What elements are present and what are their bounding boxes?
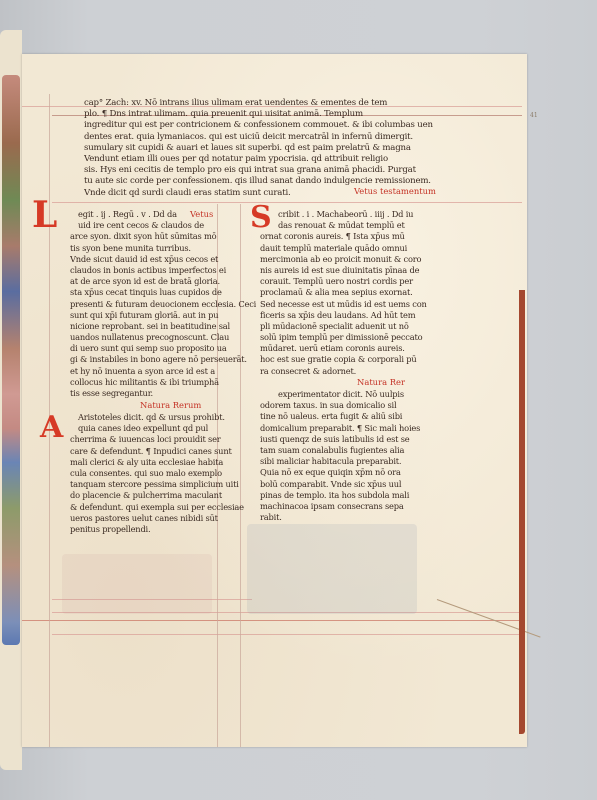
text-line: mercimonia ab eo proicit monuit & coro (260, 254, 427, 265)
text-line: ueros pastores uelut canes nibidi sūt (70, 513, 244, 524)
initial-A: A (40, 410, 63, 445)
text-line: presenti & futuram deuocionem ecclesia. … (70, 299, 256, 310)
text-line: tine nō ualeus. erta fugit & aliū sibi (260, 411, 420, 422)
text-line: nicione reprobant. sei in beatitudine sa… (70, 321, 256, 332)
ruling-line (22, 620, 522, 621)
text-line: plo. ¶ Dns intrat ulimam. quia preuenit … (84, 109, 433, 120)
text-line: das renouat & mūdat templū et (260, 220, 427, 231)
stain (62, 554, 212, 614)
illuminated-border (2, 75, 20, 645)
text-line: sta xp̄us cecat tinquis luas cupidos de (70, 287, 256, 298)
text-line: ra consecret & adornet. (260, 366, 427, 377)
text-line: sumulary sit cupidi & auari et laues sit… (84, 143, 433, 154)
erased-area (247, 524, 417, 614)
text-line: tis syon bene munita turribus. (70, 243, 256, 254)
text-line: arce syon. dixit syon hūt sūmitas mō (70, 231, 256, 242)
text-line: odorem taxus. in sua domicalio sil (260, 400, 420, 411)
manuscript-page: 41 cap° Zach: xv. Nō intrans ilius ulima… (22, 54, 527, 747)
text-line: care & defendunt. ¶ Inpudici canes sunt (70, 446, 244, 457)
text-line: pinas de templo. ita hos subdola mali (260, 490, 420, 501)
text-line: quia canes ideo expellunt qd pul (70, 423, 244, 434)
text-line: tis esse segregantur. (70, 388, 256, 399)
initial-L: L (32, 194, 57, 236)
text-line: proclamaū & alia mea sepius exornat. (260, 287, 427, 298)
text-line: ornat coronis aureis. ¶ Ista xp̄us mū (260, 231, 427, 242)
text-line: pli mūdacionē specialit aduenit ut nō (260, 321, 427, 332)
text-line: domicalium preparabit. ¶ Sic mali hoies (260, 423, 420, 434)
text-line: sunt qui xp̄i futuram gloriā. aut in pu (70, 310, 256, 321)
ruling-line (52, 202, 522, 203)
header-text-block: cap° Zach: xv. Nō intrans ilius ulimam e… (84, 98, 433, 199)
text-line: tanquam stercore pessima simplicium uiti (70, 479, 244, 490)
text-line: corauit. Templū uero nostri cordis per (260, 276, 427, 287)
text-line: dauit templū materiale quādo omnui (260, 243, 427, 254)
text-line: mali clerici & aly uita ecclesiae habita (70, 457, 244, 468)
text-line: sis. Hys eni cecitis de templo pro eis q… (84, 165, 433, 176)
text-line: rabit. (260, 512, 420, 523)
text-line: & defendunt. qui exempla sui per ecclesi… (70, 502, 244, 513)
text-line: Vnde sicut dauid id est xp̄us cecos et (70, 254, 256, 265)
left-column-text-2: Aristoteles dicit. qd & ursus prohibt. q… (70, 412, 244, 535)
text-line: do placencie & pulcherrima maculant (70, 490, 244, 501)
text-line: iusti quenqz de suis latibulis id est se (260, 434, 420, 445)
left-column-text: egit . ij . Regū . v . Dd da uid ire cen… (70, 209, 256, 399)
text-line: cula consentes. qui suo malo exemplo (70, 468, 244, 479)
text-line: Sed necesse est ut mūdis id est uems con (260, 299, 427, 310)
text-line: claudos in bonis actibus imperfectos ei (70, 265, 256, 276)
text-line: solū ipim templū per dimissionē peccato (260, 332, 427, 343)
rubric-heading: Natura Rer (357, 377, 405, 387)
text-line: nis aureis id est sue diuinitatis pīnaa … (260, 265, 427, 276)
text-line: ingreditur qui est per contricionem & co… (84, 120, 433, 131)
text-line: cherrima & iuuencas loci prouidit ser (70, 434, 244, 445)
text-line: Quia nō ex eque quiqin xp̄m nō ora (260, 467, 420, 478)
text-line: at de arce syon id est de bratā gloria. (70, 276, 256, 287)
text-line: egit . ij . Regū . v . Dd da (70, 209, 256, 220)
text-line: Aristoteles dicit. qd & ursus prohibt. (70, 412, 244, 423)
text-line: Vendunt etiam illi oues per qd notatur p… (84, 154, 433, 165)
right-column-text-2: experimentator dicit. Nō uulpis odorem t… (260, 389, 420, 523)
page-edge-binding (519, 290, 525, 734)
text-line: cap° Zach: xv. Nō intrans ilius ulimam e… (84, 98, 433, 109)
text-line: penitus propellendi. (70, 524, 244, 535)
text-line: ficeris sa xp̄is deu laudans. Ad hūt tem (260, 310, 427, 321)
folio-number: 41 (530, 112, 538, 119)
right-column-text: cribit . i . Machabeorū . iiij . Dd iu d… (260, 209, 427, 377)
text-line: gi & instabiles in bono agere nō perseue… (70, 354, 256, 365)
ruling-line (52, 634, 522, 635)
text-line: sibi maliciar habitacula preparabit. (260, 456, 420, 467)
text-line: hoc est sue gratie copia & corporali pū (260, 354, 427, 365)
text-line: cribit . i . Machabeorū . iiij . Dd iu (260, 209, 427, 220)
text-line: dentes erat. quia lymaniacos. qui est ui… (84, 132, 433, 143)
text-line: uandos nullatenus precognoscunt. Clau (70, 332, 256, 343)
text-line: tam suam conalabulis fugientes alia (260, 445, 420, 456)
text-line: experimentator dicit. Nō uulpis (260, 389, 420, 400)
text-line: di uero sunt qui semp suo proposito ua (70, 343, 256, 354)
text-line: uid ire cent cecos & claudos de (70, 220, 256, 231)
text-line: bolū comparabit. Vnde sic xp̄us uul (260, 479, 420, 490)
text-line: machinacoa ipsam consecrans sepa (260, 501, 420, 512)
text-line: mūdaret. uerū etiam coronis aureis. (260, 343, 427, 354)
rubric-heading: Vetus testamentum (354, 186, 436, 196)
text-line: collocus hic militantis & ibi triumphā (70, 377, 256, 388)
text-line: et hy nō inuenta a syon arce id est a (70, 366, 256, 377)
rubric-heading: Natura Rerum (140, 400, 201, 410)
